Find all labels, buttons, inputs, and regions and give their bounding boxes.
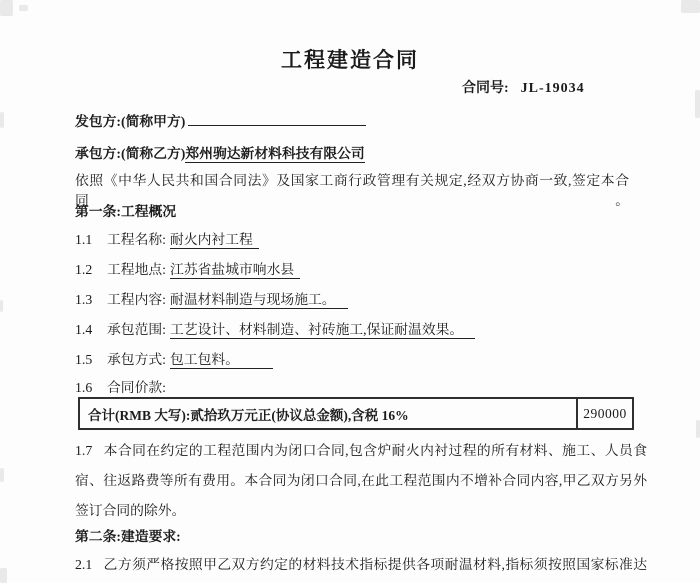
clause-number: 1.7 bbox=[75, 443, 92, 458]
scan-artifact bbox=[0, 112, 4, 128]
clause-label: 承包范围: bbox=[107, 322, 166, 337]
clause-number: 2.1 bbox=[75, 557, 92, 572]
contract-number-value: JL-19034 bbox=[521, 81, 585, 96]
contract-number-label: 合同号: bbox=[462, 81, 509, 96]
clause-2-1: 2.1乙方须严格按照甲乙双方约定的材料技术指标提供各项耐温材料,指标须按照国家标… bbox=[75, 550, 647, 580]
clause-1-7-line-3: 签订合同的除外。 bbox=[75, 496, 647, 526]
clause-1-4: 1.4承包范围:工艺设计、材料制造、衬砖施工,保证耐温效果。 bbox=[75, 320, 475, 340]
page-title: 工程建造合同 bbox=[0, 44, 700, 74]
section-2-heading: 第二条:建造要求: bbox=[75, 527, 181, 547]
clause-number: 1.3 bbox=[75, 290, 97, 310]
scan-artifact bbox=[696, 420, 700, 438]
scan-artifact bbox=[681, 0, 700, 13]
clause-1-3: 1.3工程内容:耐温材料制造与现场施工。 bbox=[75, 290, 348, 310]
clause-value: 包工包料。 bbox=[170, 352, 273, 369]
clause-label: 工程内容: bbox=[107, 292, 166, 307]
party-b-row: 承包方:(简称乙方)郑州驹达新材料科技有限公司 bbox=[75, 144, 365, 164]
clause-1-5: 1.5承包方式:包工包料。 bbox=[75, 350, 273, 370]
clause-number: 1.2 bbox=[75, 260, 97, 280]
contract-number: 合同号:JL-19034 bbox=[462, 77, 585, 97]
clause-number: 1.5 bbox=[75, 350, 97, 370]
clause-1-7: 1.7本合同在约定的工程范围内为闭口合同,包含炉耐火内衬过程的所有材料、施工、人… bbox=[75, 436, 647, 526]
scan-artifact bbox=[19, 5, 28, 11]
clause-1-1: 1.1工程名称:耐火内衬工程 bbox=[75, 230, 259, 250]
clause-number: 1.6 bbox=[75, 378, 97, 398]
scan-artifact bbox=[0, 468, 4, 482]
clause-1-2: 1.2工程地点:江苏省盐城市响水县 bbox=[75, 260, 300, 280]
clause-number: 1.1 bbox=[75, 230, 97, 250]
clause-value: 耐温材料制造与现场施工。 bbox=[170, 292, 348, 309]
scan-artifact bbox=[695, 90, 700, 118]
scan-artifact bbox=[0, 568, 7, 583]
party-a-row: 发包方:(简称甲方) bbox=[75, 110, 366, 132]
clause-label: 工程名称: bbox=[107, 232, 166, 247]
price-amount-in-words-cell: 合计(RMB 大写):贰拾玖万元正(协议总金额),含税 16% bbox=[80, 399, 578, 428]
clause-label: 合同价款: bbox=[107, 380, 166, 395]
clause-label: 承包方式: bbox=[107, 352, 166, 367]
clause-number: 1.4 bbox=[75, 320, 97, 340]
scan-artifact bbox=[0, 0, 13, 16]
party-a-blank-line bbox=[188, 110, 366, 126]
party-b-name: 郑州驹达新材料科技有限公司 bbox=[185, 146, 364, 163]
price-table: 合计(RMB 大写):贰拾玖万元正(协议总金额),含税 16% 290000 bbox=[78, 397, 634, 430]
clause-1-6: 1.6合同价款: bbox=[75, 378, 170, 398]
price-amount-number-cell: 290000 bbox=[578, 399, 632, 428]
section-1-heading: 第一条:工程概况 bbox=[75, 202, 176, 222]
clause-value: 工艺设计、材料制造、衬砖施工,保证耐温效果。 bbox=[170, 322, 475, 339]
scan-artifact bbox=[0, 300, 3, 312]
clause-label: 工程地点: bbox=[107, 262, 166, 277]
clause-text: 本合同在约定的工程范围内为闭口合同,包含炉耐火内衬过程的所有材料、施工、人员食 bbox=[103, 443, 647, 458]
party-b-label: 承包方:(简称乙方) bbox=[75, 146, 185, 161]
clause-1-7-line-1: 1.7本合同在约定的工程范围内为闭口合同,包含炉耐火内衬过程的所有材料、施工、人… bbox=[75, 436, 647, 466]
party-a-label: 发包方:(简称甲方) bbox=[75, 114, 185, 129]
clause-text: 乙方须严格按照甲乙双方约定的材料技术指标提供各项耐温材料,指标须按照国家标准达 bbox=[103, 557, 647, 572]
clause-value: 耐火内衬工程 bbox=[170, 232, 259, 249]
clause-1-7-line-2: 宿、往返路费等所有费用。本合同为闭口合同,在此工程范围内不增补合同内容,甲乙双方… bbox=[75, 466, 647, 496]
clause-value: 江苏省盐城市响水县 bbox=[170, 262, 300, 279]
contract-document-page: 工程建造合同 合同号:JL-19034 发包方:(简称甲方) 承包方:(简称乙方… bbox=[0, 0, 700, 583]
